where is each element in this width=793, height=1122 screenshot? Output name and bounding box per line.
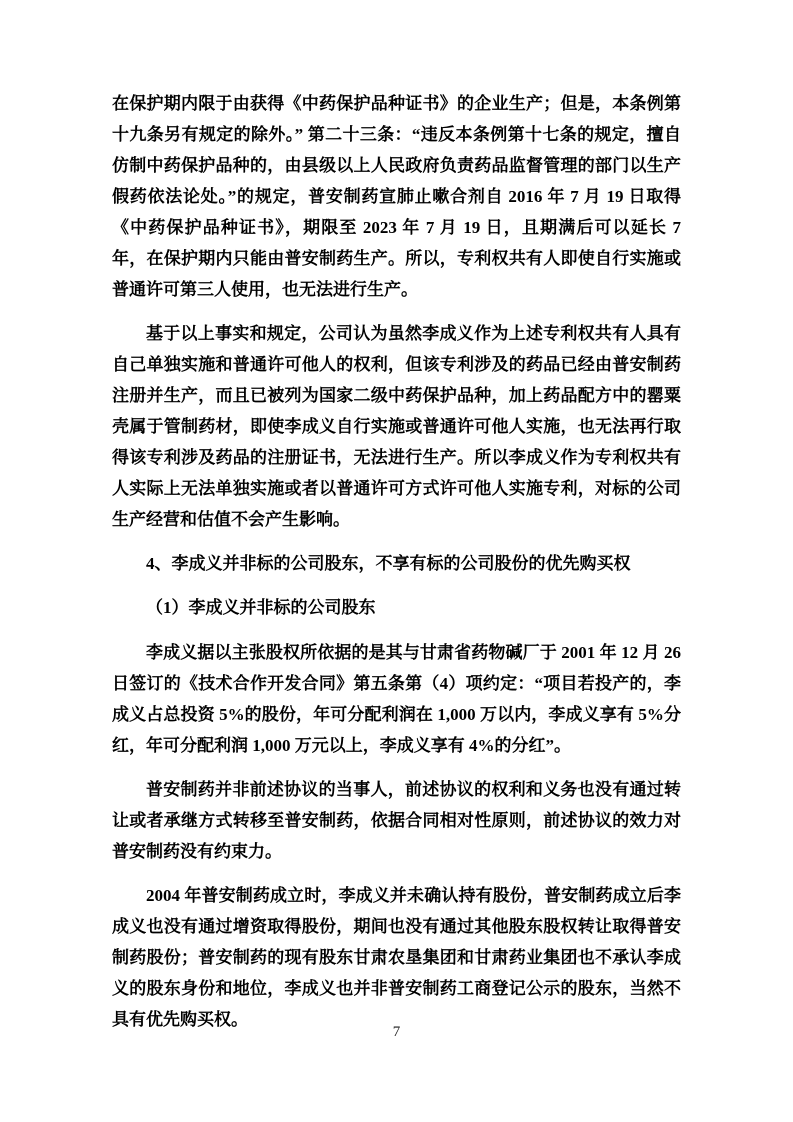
paragraph-shareholder-status: 2004 年普安制药成立时，李成义并未确认持有股份，普安制药成立后李成义也没有通…: [112, 880, 681, 1035]
heading-section-4: 4、李成义并非标的公司股东，不享有标的公司股份的优先购买权: [112, 548, 681, 579]
paragraph-contract-privity: 普安制药并非前述协议的当事人，前述协议的权利和义务也没有通过转让或者承继方式转移…: [112, 774, 681, 867]
page-footer: 7: [0, 1022, 793, 1042]
document-page: 在保护期内限于由获得《中药保护品种证书》的企业生产；但是，本条例第十九条另有规定…: [0, 0, 793, 1122]
paragraph-contract-claim: 李成义据以主张股权所依据的是其与甘肃省药物碱厂于 2001 年 12 月 26 …: [112, 637, 681, 761]
page-number: 7: [393, 1024, 401, 1040]
paragraph-continuation: 在保护期内限于由获得《中药保护品种证书》的企业生产；但是，本条例第十九条另有规定…: [112, 88, 681, 305]
heading-subsection-1: （1）李成义并非标的公司股东: [112, 592, 681, 623]
paragraph-conclusion-patent: 基于以上事实和规定，公司认为虽然李成义作为上述专利权共有人具有自己单独实施和普通…: [112, 318, 681, 535]
page-content: 在保护期内限于由获得《中药保护品种证书》的企业生产；但是，本条例第十九条另有规定…: [112, 88, 681, 1048]
